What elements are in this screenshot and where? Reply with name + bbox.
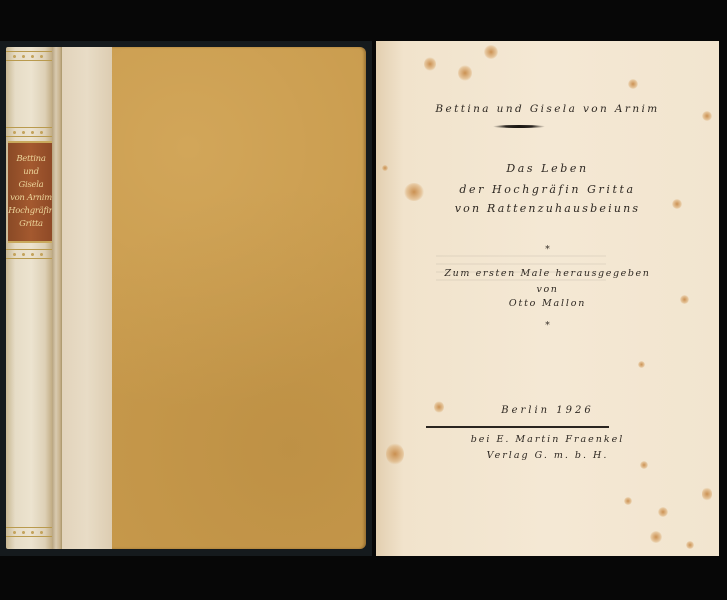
spine-label-line: Hochgräfin xyxy=(8,206,54,217)
foxing-spot xyxy=(628,79,638,89)
title-page-authors: Bettina und Gisela von Arnim xyxy=(376,103,719,115)
spine-gilt-band-bottom xyxy=(6,527,52,537)
place-and-year: Berlin 1926 xyxy=(376,405,719,416)
spine-label-line: von Arnim xyxy=(10,193,52,204)
book-hinge xyxy=(52,47,62,549)
title-line: der Hochgräfin Gritta xyxy=(376,183,719,196)
spine-title-label: Bettina und Gisela von Arnim Hochgräfin … xyxy=(8,141,54,243)
spine-label-line: und xyxy=(23,167,39,178)
foxing-spot xyxy=(624,497,632,505)
foxing-spot xyxy=(658,507,668,517)
spine-gilt-band-lower xyxy=(6,249,52,259)
title-line: Das Leben xyxy=(376,162,719,175)
edition-line: Zum ersten Male herausgegeben xyxy=(376,268,719,279)
foxing-spot xyxy=(686,541,694,549)
ornamental-rule xyxy=(493,125,545,128)
foxing-spot xyxy=(458,65,472,81)
photo-stage: Bettina und Gisela von Arnim Hochgräfin … xyxy=(0,0,727,600)
foxing-spot xyxy=(640,461,648,469)
title-line: von Rattenzuhausbeiuns xyxy=(376,202,719,215)
edition-line: von xyxy=(376,284,719,295)
spine-label-line: Bettina xyxy=(16,154,45,165)
title-page: Bettina und Gisela von Arnim Das Leben d… xyxy=(376,41,719,556)
publisher-rule xyxy=(426,426,609,428)
publisher-line: Verlag G. m. b. H. xyxy=(376,450,719,461)
spine-gilt-band-upper xyxy=(6,127,52,137)
book-exterior-panel: Bettina und Gisela von Arnim Hochgräfin … xyxy=(0,41,372,556)
star-ornament: * xyxy=(376,245,719,255)
publisher-line: bei E. Martin Fraenkel xyxy=(376,434,719,445)
book-spine: Bettina und Gisela von Arnim Hochgräfin … xyxy=(6,47,52,549)
front-board xyxy=(112,47,366,549)
foxing-spot xyxy=(650,531,662,543)
spine-label-line: Gisela xyxy=(19,180,44,191)
spine-gilt-band-top xyxy=(6,51,52,61)
spine-label-line: Gritta xyxy=(19,219,43,230)
vellum-strip xyxy=(62,47,112,549)
foxing-spot xyxy=(638,361,645,368)
foxing-spot xyxy=(702,487,712,501)
foxing-spot xyxy=(424,57,436,71)
foxing-spot xyxy=(484,45,498,59)
star-ornament: * xyxy=(376,321,719,331)
editor-name: Otto Mallon xyxy=(376,298,719,309)
